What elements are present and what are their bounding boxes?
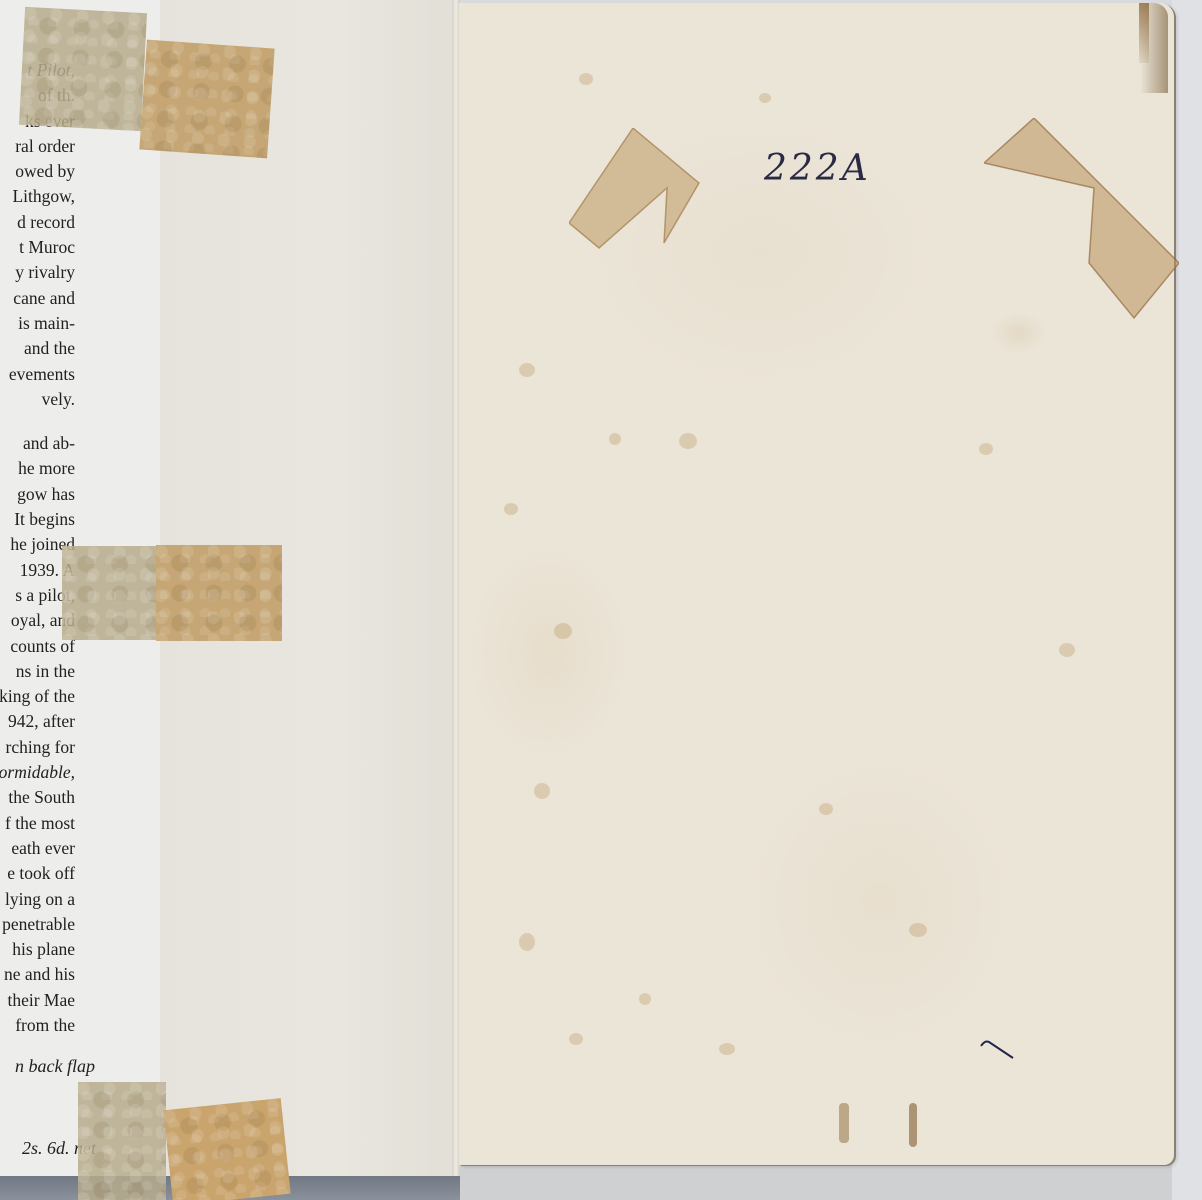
blurb-line: from the bbox=[0, 1013, 75, 1038]
foxing-spot bbox=[519, 933, 535, 951]
foxing-spot bbox=[1059, 643, 1075, 657]
foxing-spot bbox=[554, 623, 572, 639]
endpaper-page: 222A bbox=[459, 3, 1174, 1165]
blurb-line: and ab- bbox=[0, 431, 75, 456]
blurb-line: Lithgow, bbox=[0, 184, 75, 209]
blurb-line: ral order bbox=[0, 134, 75, 159]
foxing-spot bbox=[609, 433, 621, 445]
blurb-line: f the most bbox=[0, 811, 75, 836]
foxing-spot bbox=[819, 803, 833, 815]
masking-tape-bottom-flap bbox=[78, 1082, 166, 1200]
blurb-line: evements bbox=[0, 362, 75, 387]
blurb-line: It begins bbox=[0, 507, 75, 532]
blurb-line: d record bbox=[0, 210, 75, 235]
foxing-spot bbox=[909, 923, 927, 937]
masking-tape-bottom-inner bbox=[163, 1098, 290, 1200]
foxing-spot bbox=[519, 363, 535, 377]
blurb-line: owed by bbox=[0, 159, 75, 184]
foxing-spot bbox=[534, 783, 550, 799]
foxing-spot bbox=[679, 433, 697, 449]
masking-tape-middle-flap bbox=[62, 546, 158, 640]
blurb-line: ormidable, bbox=[0, 760, 75, 785]
foxing-spot bbox=[839, 1103, 849, 1143]
blurb-line: lying on a bbox=[0, 887, 75, 912]
blurb-line: y rivalry bbox=[0, 260, 75, 285]
blurb-line: e took off bbox=[0, 861, 75, 886]
foxing-spot bbox=[639, 993, 651, 1005]
photo-corner-tape-stain-right bbox=[984, 118, 1179, 323]
blurb-line: is main- bbox=[0, 311, 75, 336]
blurb-line: penetrable bbox=[0, 912, 75, 937]
blurb-line: 942, after bbox=[0, 709, 75, 734]
masking-tape-top-flap bbox=[19, 7, 147, 131]
photo-corner-tape-stain-left bbox=[569, 128, 719, 278]
foxing-spot bbox=[759, 93, 771, 103]
book-photograph: t Pilot, of th. ks ever ral order owed b… bbox=[0, 0, 1202, 1200]
blurb-line: t Muroc bbox=[0, 235, 75, 260]
blurb-line: cane and bbox=[0, 286, 75, 311]
foxing-spot bbox=[719, 1043, 735, 1055]
foxing-spot bbox=[979, 443, 993, 455]
blurb-line: vely. bbox=[0, 387, 75, 412]
foxing-spot bbox=[569, 1033, 583, 1045]
blurb-line: ne and his bbox=[0, 962, 75, 987]
blurb-line: rching for bbox=[0, 735, 75, 760]
blurb-line: he more bbox=[0, 456, 75, 481]
edge-stain bbox=[1139, 3, 1149, 63]
handwritten-call-number: 222A bbox=[764, 148, 871, 189]
foxing-spot bbox=[504, 503, 518, 515]
ink-mark bbox=[979, 1038, 1019, 1062]
blurb-line: king of the bbox=[0, 684, 75, 709]
blurb-line: ns in the bbox=[0, 659, 75, 684]
blurb-line: gow has bbox=[0, 482, 75, 507]
foxing-spot bbox=[909, 1103, 917, 1147]
masking-tape-middle-inner bbox=[156, 545, 282, 641]
blurb-line: the South bbox=[0, 785, 75, 810]
masking-tape-top-inner bbox=[139, 40, 274, 159]
blurb-line: and the bbox=[0, 336, 75, 361]
foxing-spot bbox=[579, 73, 593, 85]
blurb-line: their Mae bbox=[0, 988, 75, 1013]
blurb-line: his plane bbox=[0, 937, 75, 962]
continued-on-back-flap-note: n back flap bbox=[15, 1056, 95, 1077]
blurb-line: eath ever bbox=[0, 836, 75, 861]
